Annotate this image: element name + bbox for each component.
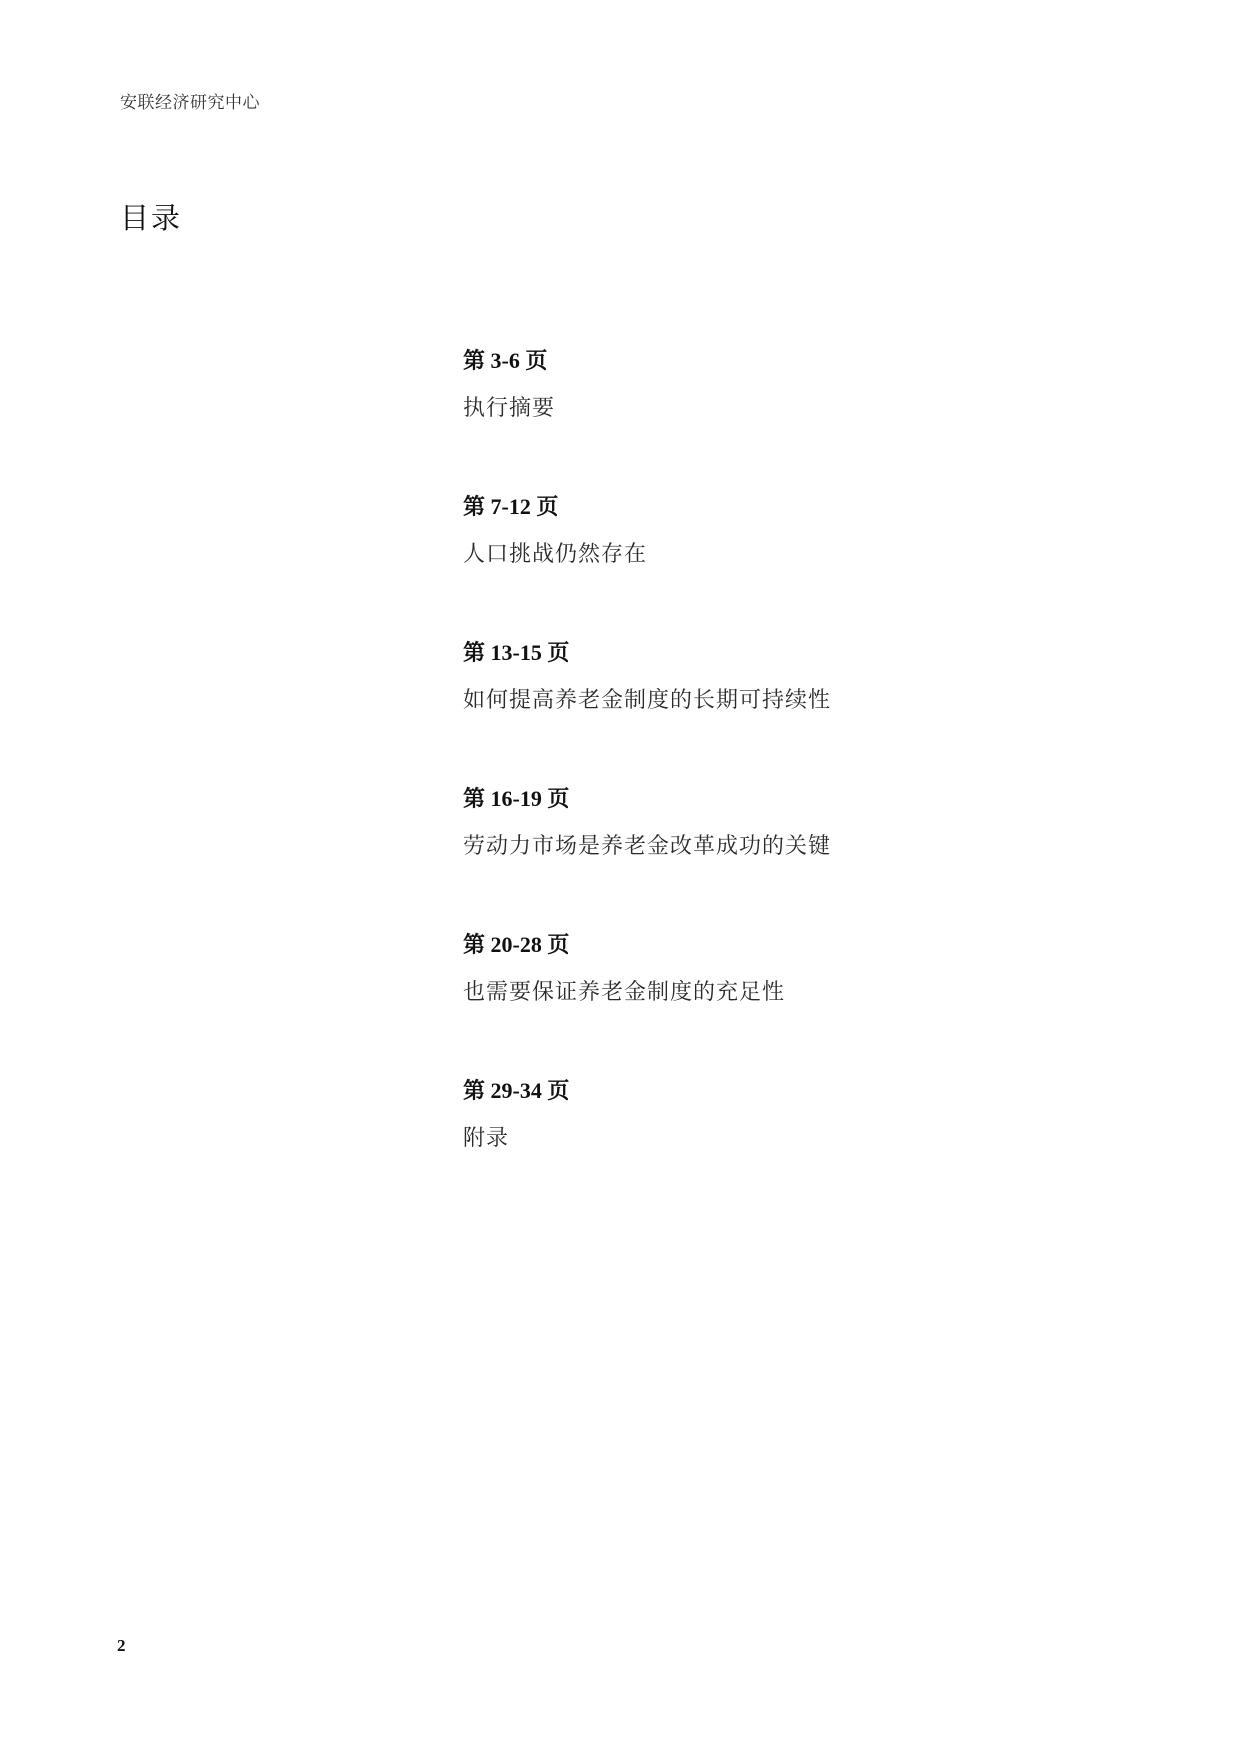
toc-section-title[interactable]: 人口挑战仍然存在 [463, 540, 831, 570]
toc-entry[interactable]: 第 3-6 页 执行摘要 [463, 346, 831, 492]
toc-entry[interactable]: 第 7-12 页 人口挑战仍然存在 [463, 492, 831, 638]
toc-entry[interactable]: 第 16-19 页 劳动力市场是养老金改革成功的关键 [463, 784, 831, 930]
toc-page-range: 第 29-34 页 [463, 1076, 831, 1106]
toc-entry[interactable]: 第 13-15 页 如何提高养老金制度的长期可持续性 [463, 638, 831, 784]
toc-section-title[interactable]: 附录 [463, 1124, 831, 1154]
toc-entry[interactable]: 第 20-28 页 也需要保证养老金制度的充足性 [463, 930, 831, 1076]
toc-entry[interactable]: 第 29-34 页 附录 [463, 1076, 831, 1222]
header-organization: 安联经济研究中心 [120, 88, 260, 113]
table-of-contents: 第 3-6 页 执行摘要 第 7-12 页 人口挑战仍然存在 第 13-15 页… [463, 346, 831, 1222]
toc-section-title[interactable]: 如何提高养老金制度的长期可持续性 [463, 686, 831, 716]
toc-page-range: 第 20-28 页 [463, 930, 831, 960]
toc-page-range: 第 16-19 页 [463, 784, 831, 814]
toc-section-title[interactable]: 执行摘要 [463, 394, 831, 424]
toc-section-title[interactable]: 劳动力市场是养老金改革成功的关键 [463, 832, 831, 862]
toc-page-range: 第 3-6 页 [463, 346, 831, 376]
toc-page-range: 第 13-15 页 [463, 638, 831, 668]
toc-section-title[interactable]: 也需要保证养老金制度的充足性 [463, 978, 831, 1008]
page-title: 目录 [120, 196, 182, 237]
toc-page-range: 第 7-12 页 [463, 492, 831, 522]
page-number: 2 [117, 1636, 126, 1656]
